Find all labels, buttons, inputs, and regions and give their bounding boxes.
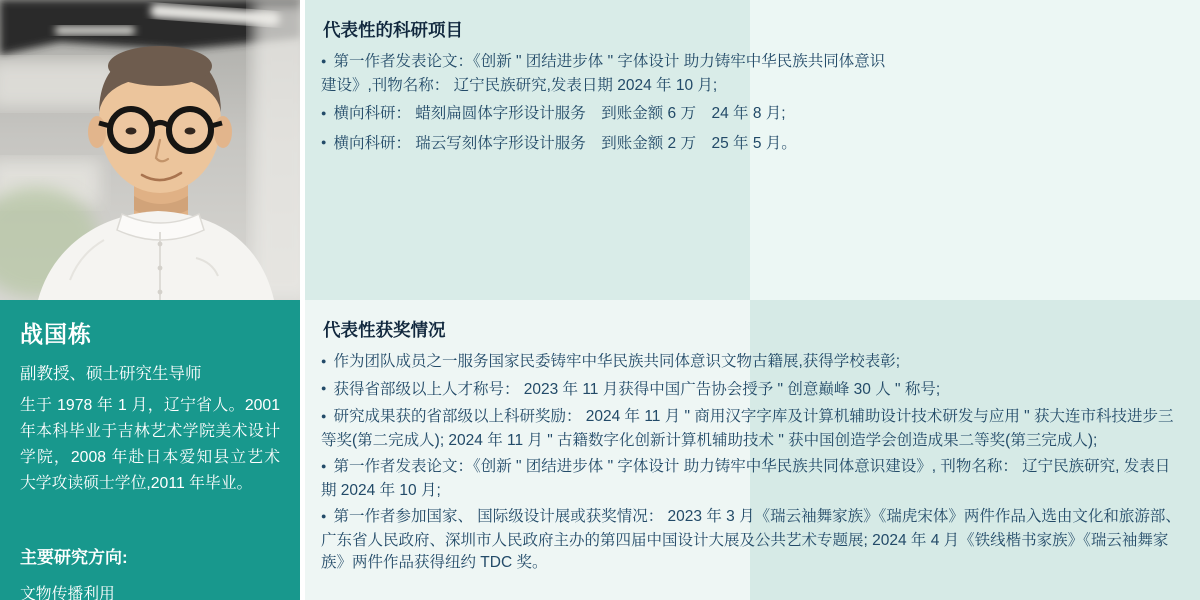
awards-list: 作为团队成员之一服务国家民委铸牢中华民族共同体意识文物古籍展,获得学校表彰;获得… — [321, 351, 1184, 575]
research-projects-title: 代表性的科研项目 — [323, 17, 1184, 42]
list-item: 第一作者发表论文：《创新 " 团结进步体 " 字体设计 助力铸牢中华民族共同体意… — [321, 456, 1184, 502]
list-item: 研究成果获的省部级以上科研奖励： 2024 年 11 月 " 商用汉字字库及计算… — [321, 406, 1184, 452]
list-item: 获得省部级以上人才称号： 2023 年 11 月获得中国广告协会授予 " 创意巅… — [321, 379, 1184, 403]
list-item: 第一作者参加国家、 国际级设计展或获奖情况： 2023 年 3 月《瑞云袖舞家族… — [321, 506, 1184, 575]
research-direction-label: 主要研究方向: — [20, 543, 280, 568]
research-projects-list: 第一作者发表论文：《创新 " 团结进步体 " 字体设计 助力铸牢中华民族共同体意… — [321, 51, 1184, 156]
list-item: 横向科研： 瑞云写刻体字形设计服务 到账金额 2 万 25 年 5 月。 — [321, 133, 1184, 157]
profile-photo — [0, 0, 300, 300]
portrait-illustration — [0, 0, 300, 300]
research-direction-value: 文物传播利用 — [20, 581, 280, 600]
person-bio: 生于 1978 年 1 月，辽宁省人。2001 年本科毕业于吉林艺术学院美术设计… — [20, 393, 280, 497]
list-item: 作为团队成员之一服务国家民委铸牢中华民族共同体意识文物古籍展,获得学校表彰; — [321, 351, 1184, 375]
right-column: 代表性的科研项目 第一作者发表论文：《创新 " 团结进步体 " 字体设计 助力铸… — [300, 0, 1200, 600]
list-item: 第一作者发表论文：《创新 " 团结进步体 " 字体设计 助力铸牢中华民族共同体意… — [321, 51, 899, 97]
section-research-projects: 代表性的科研项目 第一作者发表论文：《创新 " 团结进步体 " 字体设计 助力铸… — [305, 0, 1200, 300]
person-title: 副教授、硕士研究生导师 — [20, 360, 280, 384]
profile-panel: 战国栋 副教授、硕士研究生导师 生于 1978 年 1 月，辽宁省人。2001 … — [0, 300, 300, 600]
profile-page: 战国栋 副教授、硕士研究生导师 生于 1978 年 1 月，辽宁省人。2001 … — [0, 0, 1200, 600]
list-item: 横向科研： 蜡刻扁圆体字形设计服务 到账金额 6 万 24 年 8 月; — [321, 103, 1184, 127]
awards-title: 代表性获奖情况 — [323, 317, 1184, 342]
person-name: 战国栋 — [20, 316, 280, 349]
left-column: 战国栋 副教授、硕士研究生导师 生于 1978 年 1 月，辽宁省人。2001 … — [0, 0, 300, 600]
section-awards: 代表性获奖情况 作为团队成员之一服务国家民委铸牢中华民族共同体意识文物古籍展,获… — [305, 300, 1200, 600]
